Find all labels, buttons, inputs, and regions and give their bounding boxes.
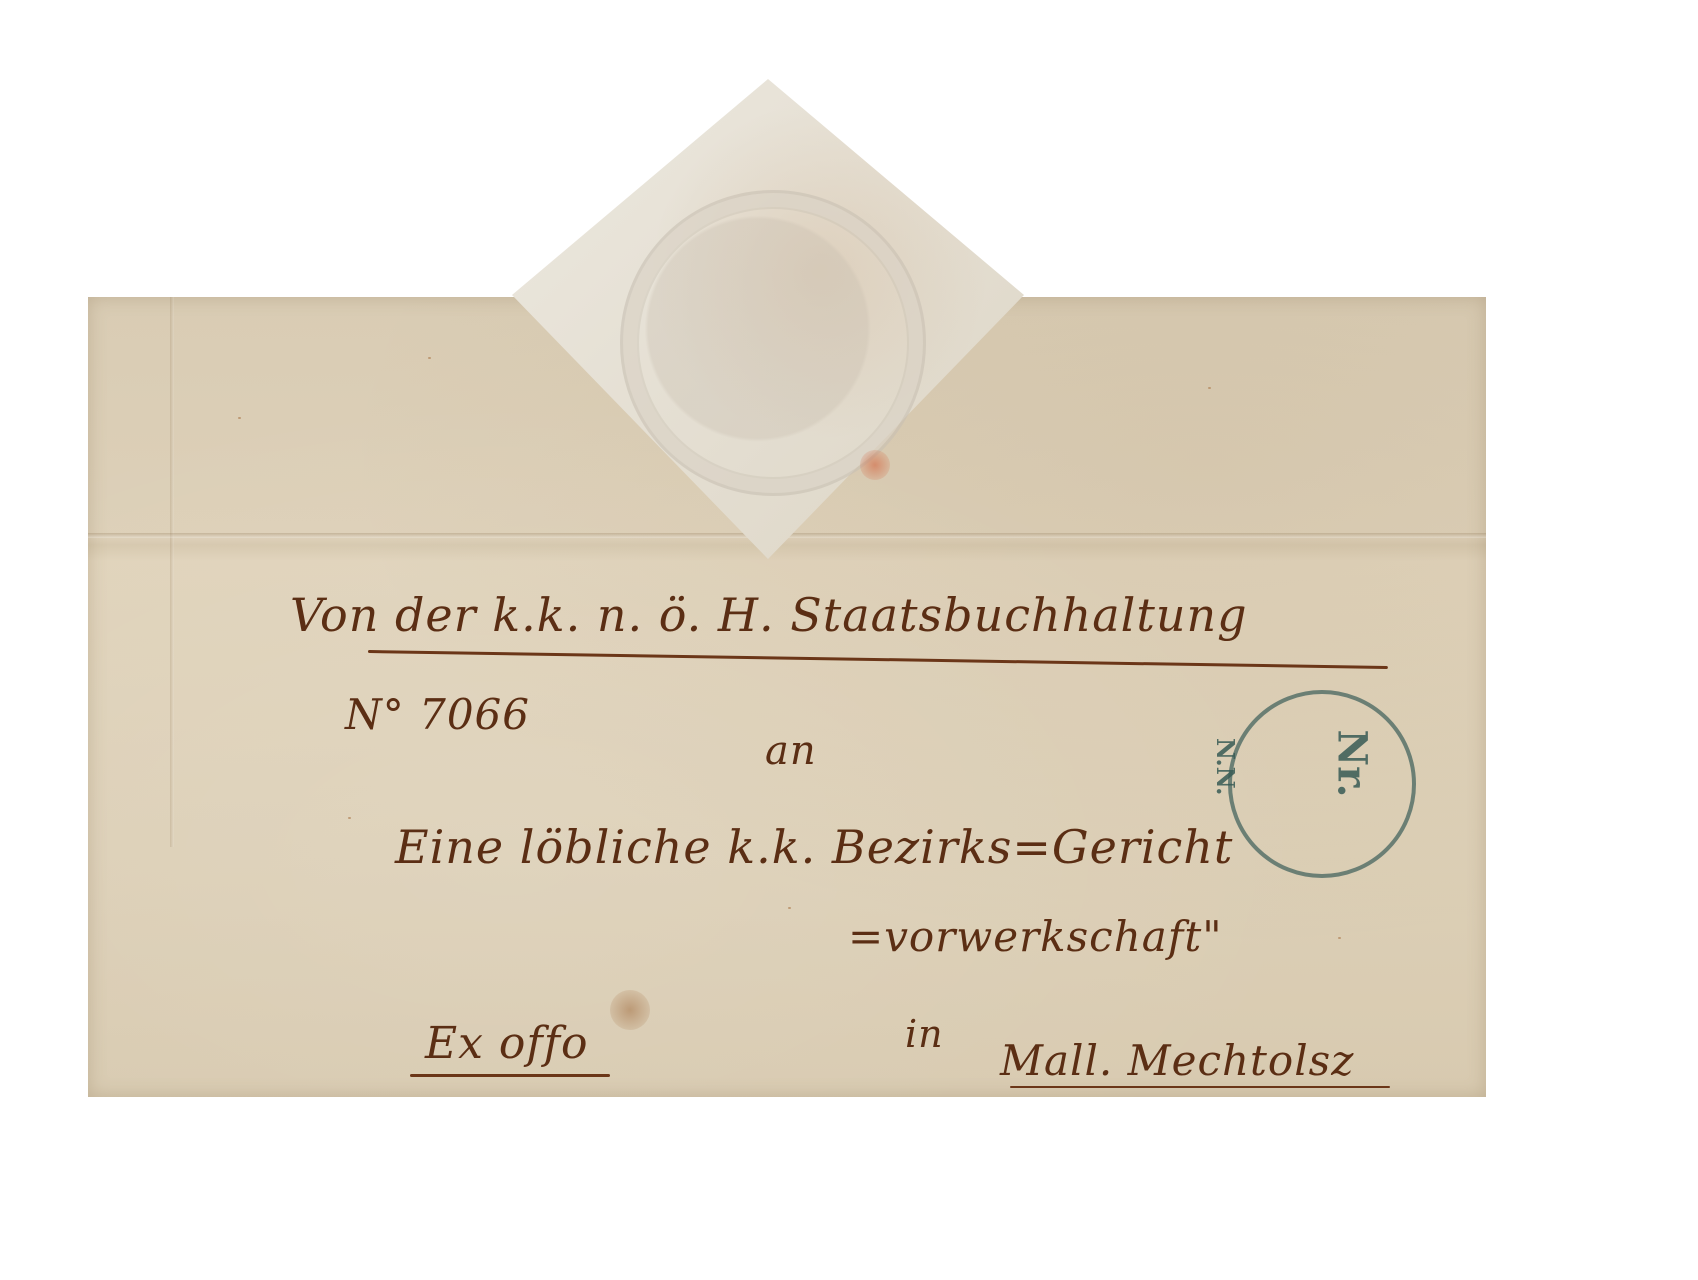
postmark-stamp-icon <box>1228 690 1416 878</box>
destination-underline <box>1010 1086 1390 1088</box>
sender-line: Von der k.k. n. ö. H. Staatsbuchhaltung <box>290 588 1248 642</box>
ink-stain <box>610 990 650 1030</box>
red-wax-trace <box>860 450 890 480</box>
destination-place: Mall. Mechtolsz <box>1000 1036 1354 1085</box>
postmark-center-text: Nr. <box>1328 730 1375 798</box>
ex-officio-note: Ex offo <box>425 1018 588 1069</box>
recipient-line-1: Eine löbliche k.k. Bezirks=Gericht <box>395 820 1233 874</box>
postmark-left-text: N.N. <box>1211 738 1240 796</box>
paper-speck <box>1208 387 1211 389</box>
paper-speck <box>428 357 431 359</box>
address-an: an <box>765 728 817 774</box>
ex-officio-underline <box>410 1074 610 1077</box>
paper-speck <box>238 417 241 419</box>
paper-speck <box>788 907 791 909</box>
recipient-line-2: =vorwerkschaft" <box>848 912 1223 961</box>
paper-speck <box>1338 937 1341 939</box>
address-in: in <box>905 1012 944 1056</box>
paper-speck <box>348 817 351 819</box>
reference-number: N° 7066 <box>345 690 530 739</box>
